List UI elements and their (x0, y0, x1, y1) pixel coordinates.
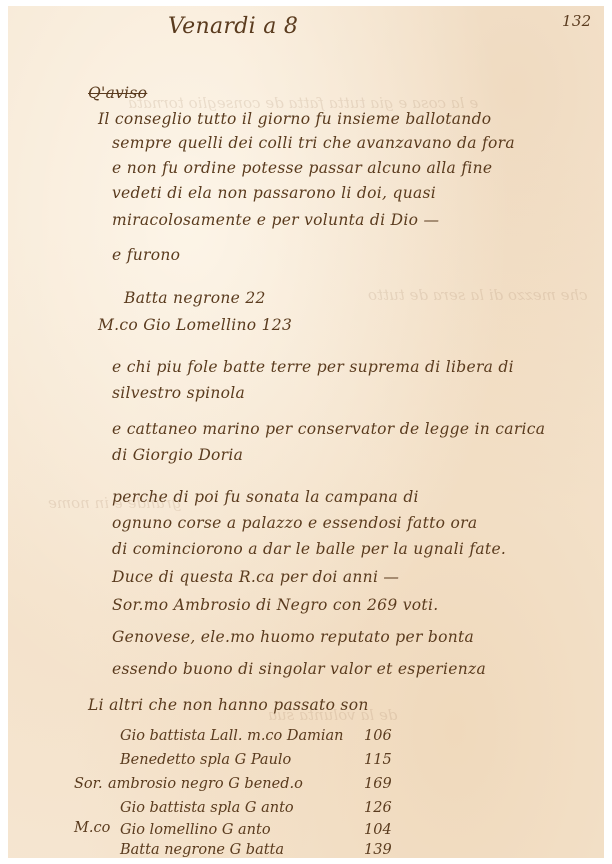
text-line: Duce di questa R.ca per doi anni — (112, 568, 399, 586)
text-line: perche di poi fu sonata la campana di (112, 488, 419, 506)
tally-value: 115 (364, 752, 392, 768)
text-line: e cattaneo marino per conservator de leg… (112, 420, 545, 438)
tally-name: Benedetto spla G Paulo (120, 752, 291, 768)
tally-value: 126 (364, 800, 392, 816)
text-line: ognuno corse a palazzo e essendosi fatto… (112, 514, 477, 532)
text-line: e furono (112, 246, 180, 264)
manuscript-page: e la cosa e gia tutta fatta de conseglio… (8, 6, 604, 858)
tally-prefix: Sor. (74, 776, 103, 792)
tally-value: 106 (364, 728, 392, 744)
folio-number: 132 (562, 12, 592, 30)
text-line: e non fu ordine potesse passar alcuno al… (112, 159, 492, 177)
tally-value: 104 (364, 822, 392, 838)
tally-name: ambrosio negro G bened.o (108, 776, 303, 792)
tally-value: 139 (364, 842, 392, 858)
tally-prefix: M.co (74, 820, 110, 836)
text-line: Sor.mo Ambrosio di Negro con 269 voti. (112, 596, 438, 614)
tally-name: Gio battista spla G anto (120, 800, 294, 816)
page-heading: Venardi a 8 (168, 14, 298, 39)
text-line: Batta negrone 22 (124, 289, 266, 307)
tally-name: Gio lomellino G anto (120, 822, 271, 838)
struck-word: Q'aviso (88, 84, 147, 102)
text-line: Il conseglio tutto il giorno fu insieme … (98, 110, 491, 128)
text-line: silvestro spinola (112, 384, 245, 402)
tally-value: 169 (364, 776, 392, 792)
text-line: di cominciorono a dar le balle per la ug… (112, 540, 506, 558)
text-line: essendo buono di singolar valor et esper… (112, 660, 486, 678)
text-line: Genovese, ele.mo huomo reputato per bont… (112, 628, 474, 646)
bleed-through-text: che mezzo di la sera de tutto (368, 286, 588, 304)
text-line: sempre quelli dei colli tri che avanzava… (112, 134, 515, 152)
text-line: di Giorgio Doria (112, 446, 243, 464)
tally-intro: Li altri che non hanno passato son (88, 696, 369, 714)
text-line: miracolosamente e per volunta di Dio — (112, 211, 439, 229)
text-line: M.co Gio Lomellino 123 (98, 316, 292, 334)
tally-name: Batta negrone G batta (120, 842, 284, 858)
text-line: e chi piu fole batte terre per suprema d… (112, 358, 514, 376)
tally-name: Gio battista Lall. m.co Damian (120, 728, 344, 744)
text-line: vedeti di ela non passarono li doi, quas… (112, 184, 436, 202)
